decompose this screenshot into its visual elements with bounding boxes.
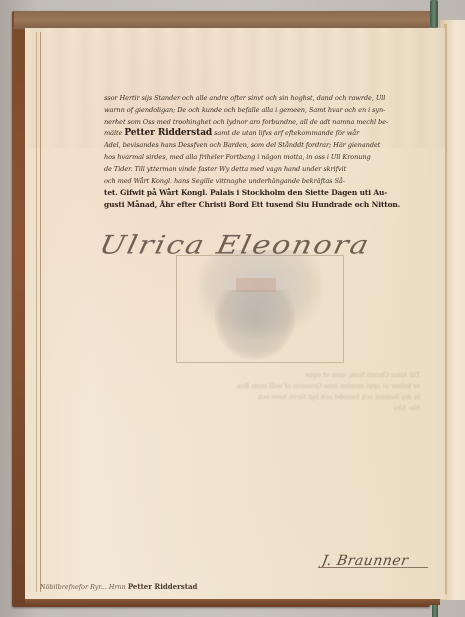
bleed-line: lu dig Summa och hansdel och ligt faren … xyxy=(100,392,420,403)
patent-body-text: ssor Hertir sijs Stander och alle andre … xyxy=(104,93,419,211)
dating-clause-line: gusti Månad, Åhr efter Christi Bord Ett … xyxy=(104,199,419,211)
text-line: hos hvarmal sirdes, med alla friheler Fo… xyxy=(104,152,419,164)
text-line: och med Wårt Kongl. hans Segille vittnag… xyxy=(104,176,419,188)
registry-note-prefix: Nöbilbrefnefor Ryr... Hrnn xyxy=(40,583,126,591)
bookmark-ribbon-icon xyxy=(430,0,438,28)
text-line: warnn of giendoligan; De och kunde och b… xyxy=(104,105,419,117)
bleed-line: er helsar ut oppi omnion inne Grooavio o… xyxy=(100,381,420,392)
registry-note: Nöbilbrefnefor Ryr... Hrnn Petter Ridder… xyxy=(40,582,197,591)
dating-clause-line: tet. Gifwit på Wårt Kongl. Palais i Stoc… xyxy=(104,187,419,199)
registry-note-name: Petter Ridderstad xyxy=(128,582,198,591)
margin-rule xyxy=(36,32,37,592)
bleed-line: Till Alma Christi Nam, men ut ogne xyxy=(100,370,420,381)
text-fragment: mälte xyxy=(104,129,122,137)
text-fragment: samt de utan lifvs arf eftekommande för … xyxy=(214,129,359,137)
text-line: ssor Hertir sijs Stander och alle andre … xyxy=(104,93,419,105)
text-line-with-name: mälte Petter Ridderstad samt de utan lif… xyxy=(104,128,419,140)
margin-rule-inner xyxy=(40,32,41,592)
ennobled-person-name: Petter Ridderstad xyxy=(124,128,212,138)
text-line: nerhet som Oss med troohinghet och lydno… xyxy=(104,117,419,129)
text-line: Adel, bevisandes hans Dessfven och Barde… xyxy=(104,140,419,152)
text-line: de Tider. Till ytterman vinde faster Wy … xyxy=(104,164,419,176)
bleed-line: Nie Altu xyxy=(100,403,420,414)
binding-top-edge xyxy=(14,11,430,29)
signature-flourish xyxy=(318,567,428,568)
royal-signature: Ulrica Eleonora xyxy=(97,231,373,261)
bleed-through-text: Till Alma Christi Nam, men ut ogne er he… xyxy=(100,370,420,414)
binding-bottom-edge xyxy=(25,599,440,605)
